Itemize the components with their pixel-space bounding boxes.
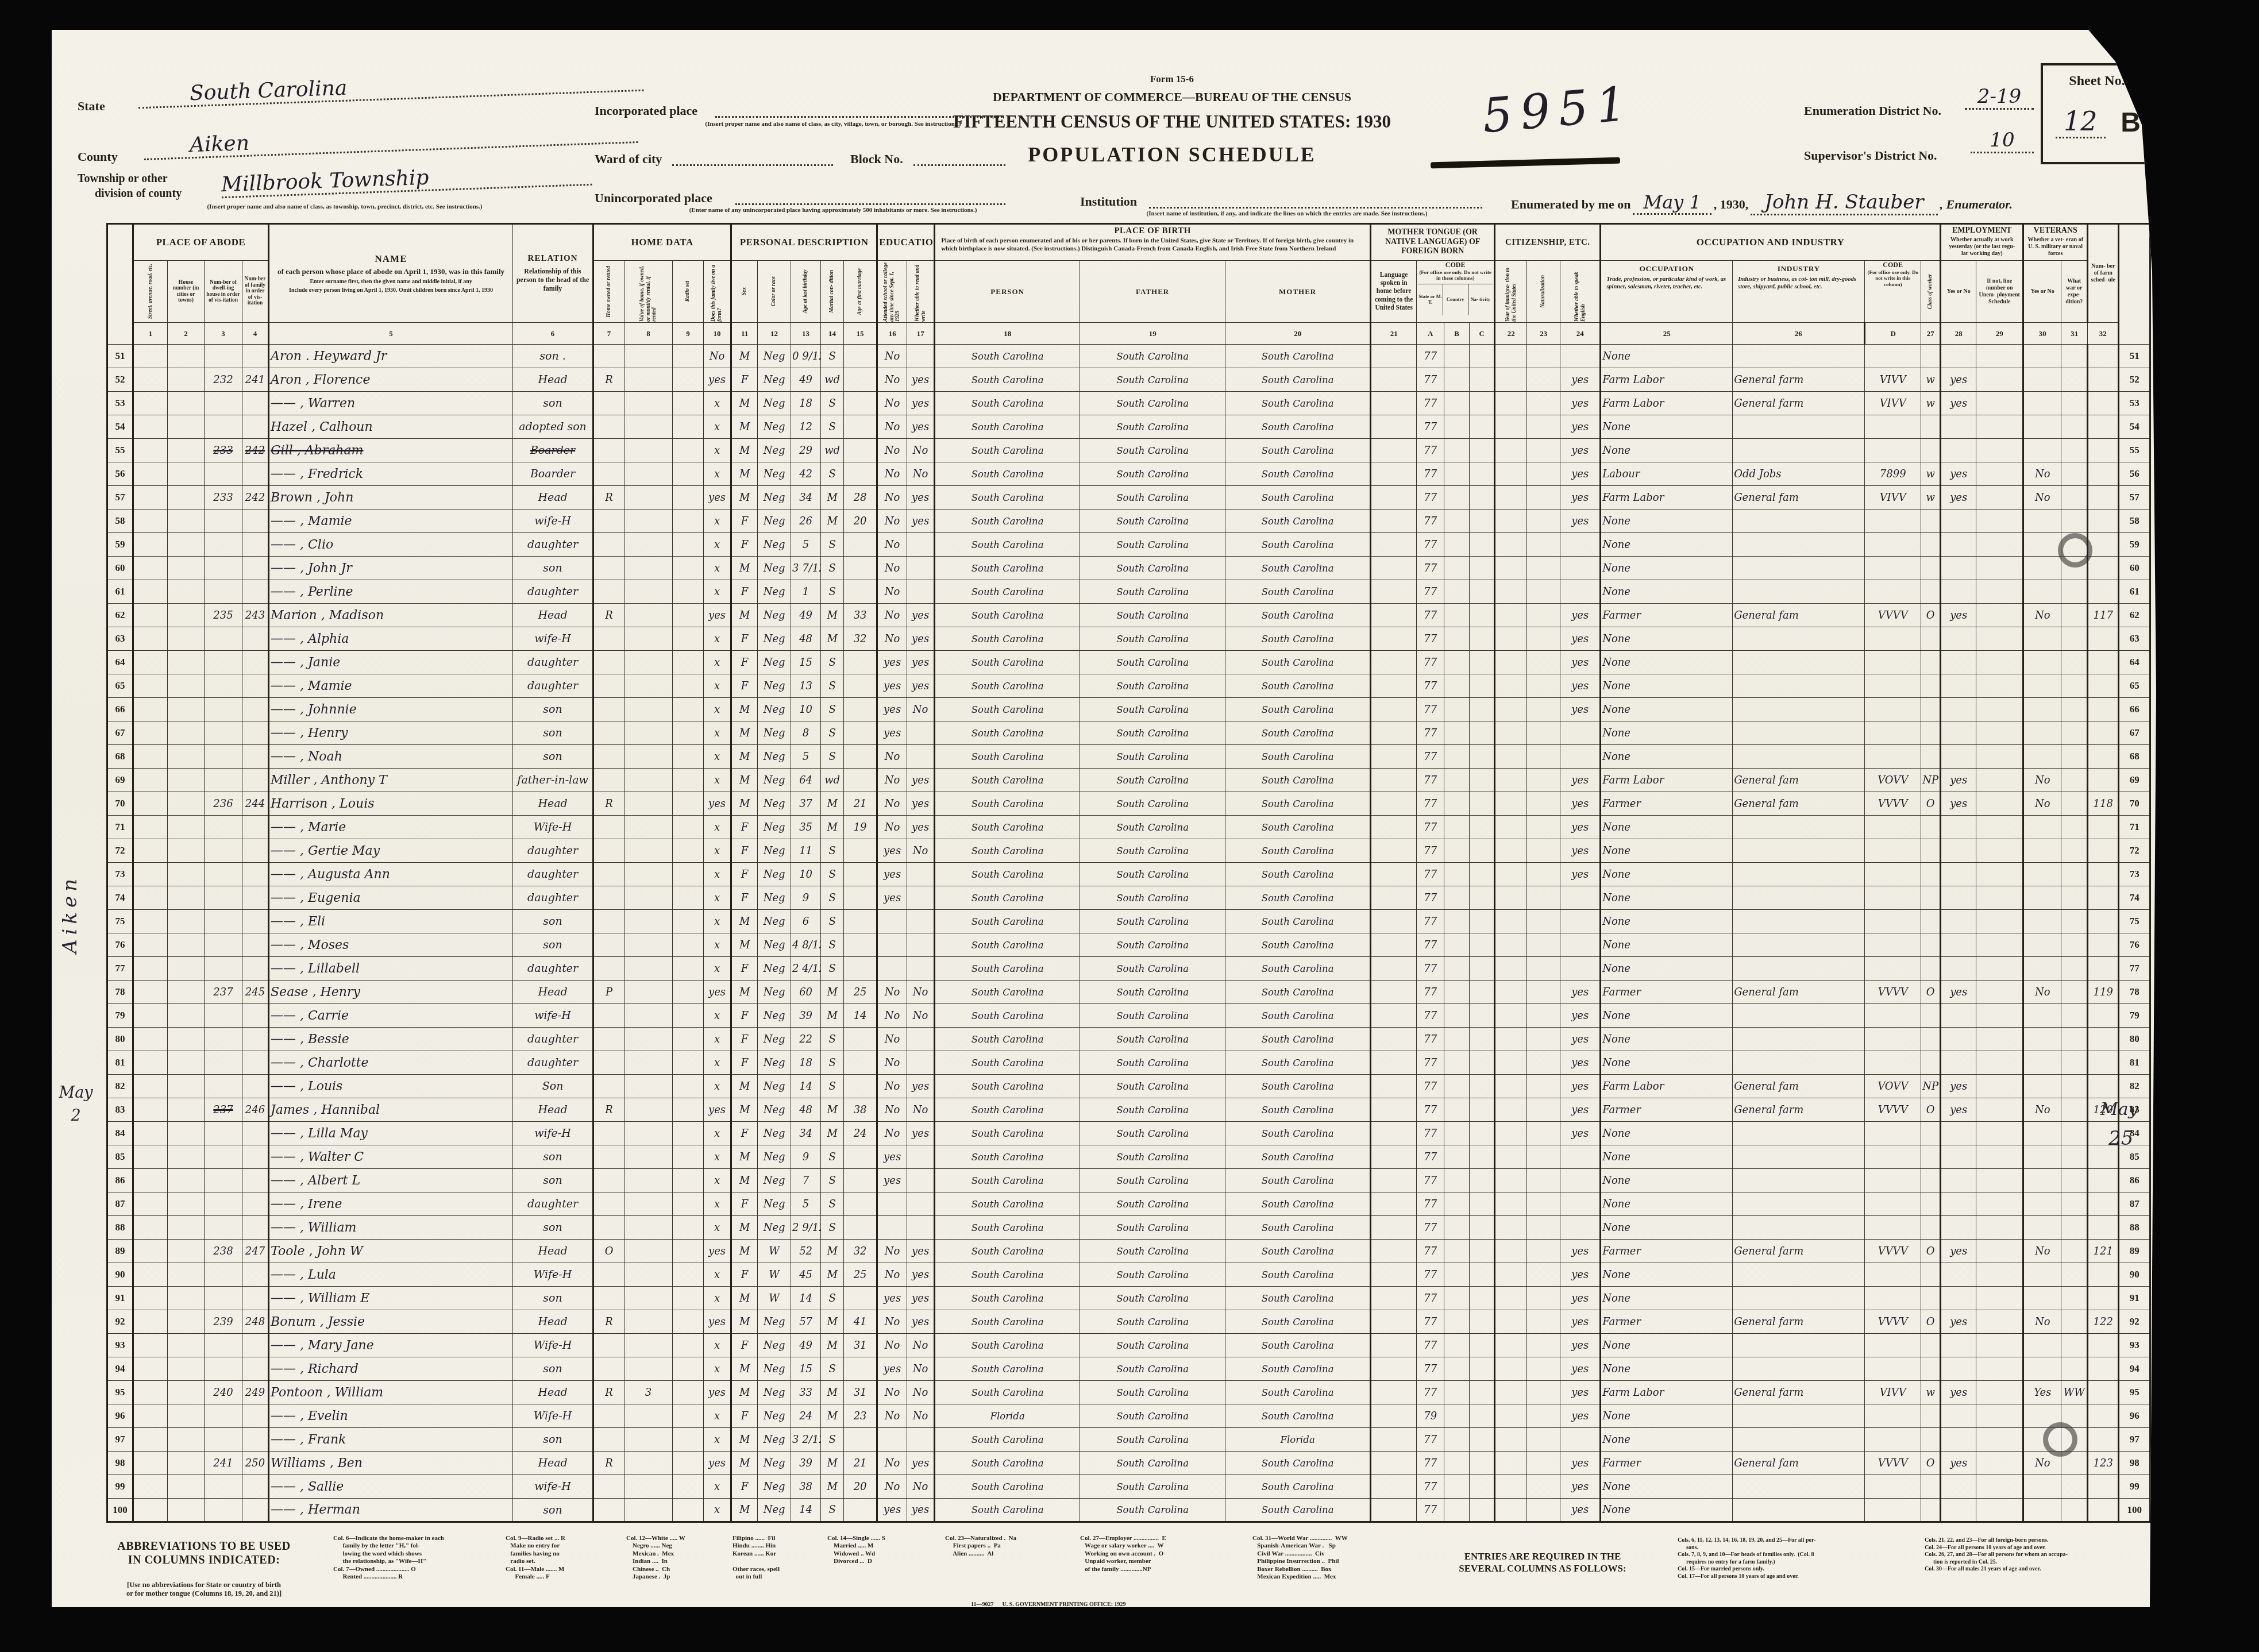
cell-val-100 xyxy=(624,1499,673,1522)
cell-dw-57: 233 xyxy=(205,486,242,510)
cell-bp-82: South Carolina xyxy=(935,1075,1080,1098)
institution-note: (Insert name of institution, if any, and… xyxy=(1080,210,1494,217)
cell-nat-76 xyxy=(1527,933,1560,957)
cell-lang-91 xyxy=(1371,1287,1417,1310)
cell-cb-55 xyxy=(1444,439,1470,462)
cell-bm-70: South Carolina xyxy=(1225,792,1371,816)
cell-cd-76 xyxy=(1865,933,1921,957)
cell-bp-76: South Carolina xyxy=(935,933,1080,957)
cell-home-51 xyxy=(593,345,624,368)
cell-street-56 xyxy=(133,462,168,486)
cell-ind-68 xyxy=(1733,745,1865,769)
stamp-5951: 5951 xyxy=(1480,76,1636,144)
cell-occ-100: None xyxy=(1601,1499,1733,1522)
cell-mar-68: S xyxy=(821,745,844,769)
cell-cc-52 xyxy=(1470,368,1495,392)
census-scan-page: State South Carolina County Aiken Townsh… xyxy=(0,0,2259,1652)
cell-cb-58 xyxy=(1444,510,1470,533)
employment-title: EMPLOYMENT xyxy=(1942,226,2021,236)
cell-cls_-68 xyxy=(1921,745,1941,769)
col-header-house-number: House number (in cities or towns) xyxy=(168,261,205,323)
cell-dw-83: 237 xyxy=(205,1098,242,1122)
cell-ind-93 xyxy=(1733,1334,1865,1357)
cell-wk-51 xyxy=(1941,345,1976,368)
cell-ca-70: 77 xyxy=(1417,792,1444,816)
name-sub1: of each person whose place of abode on A… xyxy=(275,267,507,276)
cell-farm-93: x xyxy=(704,1334,731,1357)
cell-sch-92: No xyxy=(877,1310,907,1334)
cell-sch-82: No xyxy=(877,1075,907,1098)
cell-cd-75 xyxy=(1865,910,1921,933)
cell-age-60: 3 7/12 xyxy=(791,557,821,580)
cell-race-81: Neg xyxy=(758,1051,791,1075)
cell-vet-60 xyxy=(2023,557,2061,580)
cell-bf-68: South Carolina xyxy=(1080,745,1225,769)
cell-dw-64 xyxy=(205,651,242,674)
cell-street-76 xyxy=(133,933,168,957)
cell-bp-73: South Carolina xyxy=(935,863,1080,886)
cell-eng-54: yes xyxy=(1560,415,1601,439)
cell-yr-84 xyxy=(1495,1122,1527,1145)
cell-ln-51: 51 xyxy=(107,345,133,368)
cell-ln-59: 59 xyxy=(107,533,133,557)
department-title: DEPARTMENT OF COMMERCE—BUREAU OF THE CEN… xyxy=(971,90,1373,105)
cell-yr-57 xyxy=(1495,486,1527,510)
cell-name-55: Gill , Abraham xyxy=(269,439,513,462)
cell-ln-86: 86 xyxy=(107,1169,133,1192)
cell-ln-72: 72 xyxy=(2119,839,2150,863)
cell-yr-68 xyxy=(1495,745,1527,769)
cell-home-56 xyxy=(593,462,624,486)
cell-race-69: Neg xyxy=(758,769,791,792)
cell-lang-92 xyxy=(1371,1310,1417,1334)
cell-sex-61: F xyxy=(731,580,758,604)
cell-cd-89: VVVV xyxy=(1865,1240,1921,1263)
cell-age-67: 8 xyxy=(791,721,821,745)
cell-street-79 xyxy=(133,1004,168,1028)
cell-fs-64 xyxy=(2088,651,2119,674)
cell-name-53: —— , Warren xyxy=(269,392,513,415)
legend-abbreviations-note: [Use no abbreviations for State or count… xyxy=(75,1581,333,1599)
cell-sex-68: M xyxy=(731,745,758,769)
cell-ind-88 xyxy=(1733,1216,1865,1240)
cell-cls_-69: NP xyxy=(1921,769,1941,792)
cell-nat-94 xyxy=(1527,1357,1560,1381)
cell-val-60 xyxy=(624,557,673,580)
cell-occ-97: None xyxy=(1601,1428,1733,1452)
cell-bm-97: Florida xyxy=(1225,1428,1371,1452)
cell-yr-90 xyxy=(1495,1263,1527,1287)
cell-val-74 xyxy=(624,886,673,910)
cell-ind-75 xyxy=(1733,910,1865,933)
group-place-of-abode: PLACE OF ABODE xyxy=(133,224,269,261)
cell-sch-61: No xyxy=(877,580,907,604)
cell-name-100: —— , Herman xyxy=(269,1499,513,1522)
cell-vet-80 xyxy=(2023,1028,2061,1051)
census-row-56: 56—— , FredrickBoarderxMNeg42SNoNoSouth … xyxy=(107,462,2150,486)
cell-house-51 xyxy=(168,345,205,368)
cell-eng-93: yes xyxy=(1560,1334,1601,1357)
cell-cls_-77 xyxy=(1921,957,1941,981)
name-sub3: Include every person living on April 1, … xyxy=(276,287,506,294)
cell-ln-100: 100 xyxy=(2119,1499,2150,1522)
township-label-1: Township or other xyxy=(78,172,168,186)
cell-cls_-80 xyxy=(1921,1028,1941,1051)
cell-vet-98: No xyxy=(2023,1452,2061,1475)
col-number-D: D xyxy=(1865,323,1921,345)
cell-sch-55: No xyxy=(877,439,907,462)
cell-cls_-84 xyxy=(1921,1122,1941,1145)
cell-home-78: P xyxy=(593,981,624,1004)
cell-agem-93: 31 xyxy=(844,1334,877,1357)
cell-name-82: —— , Louis xyxy=(269,1075,513,1098)
cell-wk-94 xyxy=(1941,1357,1976,1381)
col-number-14: 14 xyxy=(821,323,844,345)
cell-eng-94: yes xyxy=(1560,1357,1601,1381)
ward-label: Ward of city xyxy=(595,152,662,167)
cell-fam-91 xyxy=(242,1287,269,1310)
cell-rw-74 xyxy=(907,886,935,910)
cell-race-95: Neg xyxy=(758,1381,791,1404)
cell-rw-71: yes xyxy=(907,816,935,839)
cell-cd-57: VIVV xyxy=(1865,486,1921,510)
cell-val-92 xyxy=(624,1310,673,1334)
cell-cls_-76 xyxy=(1921,933,1941,957)
cell-nat-84 xyxy=(1527,1122,1560,1145)
legend-col31-wars: Col. 31—World War .............. WW Span… xyxy=(1252,1535,1348,1581)
cell-nat-68 xyxy=(1527,745,1560,769)
cell-lang-56 xyxy=(1371,462,1417,486)
cell-unemp-67 xyxy=(1976,721,2023,745)
cell-vet-52 xyxy=(2023,368,2061,392)
col-header-worker-class: Class of worker xyxy=(1921,261,1941,323)
cell-ln-88: 88 xyxy=(107,1216,133,1240)
col-header-street: Street, avenue, road, etc. xyxy=(133,261,168,323)
sheet-number-box: Sheet No. 12 B xyxy=(2041,63,2153,164)
cell-street-58 xyxy=(133,510,168,533)
cell-lang-98 xyxy=(1371,1452,1417,1475)
cell-fam-65 xyxy=(242,674,269,698)
cell-dw-85 xyxy=(205,1145,242,1169)
cell-cd-62: VVVV xyxy=(1865,604,1921,627)
cell-radio-71 xyxy=(673,816,704,839)
cell-unemp-55 xyxy=(1976,439,2023,462)
cell-sch-57: No xyxy=(877,486,907,510)
cell-home-87 xyxy=(593,1192,624,1216)
cell-home-91 xyxy=(593,1287,624,1310)
cell-agem-72 xyxy=(844,839,877,863)
cell-cd-79 xyxy=(1865,1004,1921,1028)
cell-ln-99: 99 xyxy=(2119,1475,2150,1499)
census-row-53: 53—— , WarrensonxMNeg18SNoyesSouth Carol… xyxy=(107,392,2150,415)
cell-home-64 xyxy=(593,651,624,674)
census-row-87: 87—— , IrenedaughterxFNeg5SSouth Carolin… xyxy=(107,1192,2150,1216)
cell-radio-88 xyxy=(673,1216,704,1240)
cell-eng-60 xyxy=(1560,557,1601,580)
cell-fs-86 xyxy=(2088,1169,2119,1192)
cell-dw-89: 238 xyxy=(205,1240,242,1263)
cell-age-68: 5 xyxy=(791,745,821,769)
cell-cd-80 xyxy=(1865,1028,1921,1051)
cell-dw-90 xyxy=(205,1263,242,1287)
cell-rel-63: wife-H xyxy=(513,627,593,651)
cell-radio-75 xyxy=(673,910,704,933)
cell-age-56: 42 xyxy=(791,462,821,486)
cell-sex-80: F xyxy=(731,1028,758,1051)
cell-ca-78: 77 xyxy=(1417,981,1444,1004)
cell-sex-58: F xyxy=(731,510,758,533)
cell-dw-66 xyxy=(205,698,242,721)
cell-cc-72 xyxy=(1470,839,1495,863)
cell-cd-73 xyxy=(1865,863,1921,886)
cell-wk-87 xyxy=(1941,1192,1976,1216)
cell-race-98: Neg xyxy=(758,1452,791,1475)
cell-race-65: Neg xyxy=(758,674,791,698)
cell-ind-99 xyxy=(1733,1475,1865,1499)
township-label-2: division of county xyxy=(95,187,182,200)
cell-ca-86: 77 xyxy=(1417,1169,1444,1192)
cell-mar-97: S xyxy=(821,1428,844,1452)
cell-ln-52: 52 xyxy=(2119,368,2150,392)
sheet-number: 12 xyxy=(2056,106,2106,138)
cell-cb-81 xyxy=(1444,1051,1470,1075)
cell-ind-74 xyxy=(1733,886,1865,910)
cell-val-64 xyxy=(624,651,673,674)
cell-dw-59 xyxy=(205,533,242,557)
cell-war-63 xyxy=(2061,627,2088,651)
census-row-92: 92239248Bonum , JessieHeadRyesMNeg57M41N… xyxy=(107,1310,2150,1334)
cell-ca-82: 77 xyxy=(1417,1075,1444,1098)
cell-farm-95: yes xyxy=(704,1381,731,1404)
legend-abbreviations-title: ABBREVIATIONS TO BE USED IN COLUMNS INDI… xyxy=(86,1539,322,1568)
cell-rw-96: No xyxy=(907,1404,935,1428)
cell-ln-74: 74 xyxy=(107,886,133,910)
cell-cls_-59 xyxy=(1921,533,1941,557)
cell-cls_-87 xyxy=(1921,1192,1941,1216)
cell-eng-84: yes xyxy=(1560,1122,1601,1145)
cell-race-67: Neg xyxy=(758,721,791,745)
cell-dw-76 xyxy=(205,933,242,957)
cell-bf-57: South Carolina xyxy=(1080,486,1225,510)
cell-mar-91: S xyxy=(821,1287,844,1310)
cell-wk-61 xyxy=(1941,580,1976,604)
cell-ca-75: 77 xyxy=(1417,910,1444,933)
cell-agem-60 xyxy=(844,557,877,580)
cell-yr-92 xyxy=(1495,1310,1527,1334)
cell-ind-94 xyxy=(1733,1357,1865,1381)
census-row-67: 67—— , HenrysonxMNeg8SyesSouth CarolinaS… xyxy=(107,721,2150,745)
cell-wk-92: yes xyxy=(1941,1310,1976,1334)
cell-bp-72: South Carolina xyxy=(935,839,1080,863)
cell-cb-96 xyxy=(1444,1404,1470,1428)
cell-fam-61 xyxy=(242,580,269,604)
cell-wk-82: yes xyxy=(1941,1075,1976,1098)
cell-nat-63 xyxy=(1527,627,1560,651)
cell-occ-75: None xyxy=(1601,910,1733,933)
cell-ca-65: 77 xyxy=(1417,674,1444,698)
cell-lang-99 xyxy=(1371,1475,1417,1499)
cell-farm-77: x xyxy=(704,957,731,981)
cell-ln-84: 84 xyxy=(2119,1122,2150,1145)
cell-lang-95 xyxy=(1371,1381,1417,1404)
cell-wk-98: yes xyxy=(1941,1452,1976,1475)
cell-rel-73: daughter xyxy=(513,863,593,886)
cell-sex-93: F xyxy=(731,1334,758,1357)
cell-sch-99: No xyxy=(877,1475,907,1499)
cell-cls_-66 xyxy=(1921,698,1941,721)
cell-cb-75 xyxy=(1444,910,1470,933)
cell-fs-62: 117 xyxy=(2088,604,2119,627)
cell-fam-97 xyxy=(242,1428,269,1452)
cell-sex-57: M xyxy=(731,486,758,510)
cell-cc-79 xyxy=(1470,1004,1495,1028)
cell-radio-91 xyxy=(673,1287,704,1310)
col-header-age: Age at last birthday xyxy=(791,261,821,323)
cell-lang-65 xyxy=(1371,674,1417,698)
cell-sex-100: M xyxy=(731,1499,758,1522)
cell-agem-91 xyxy=(844,1287,877,1310)
cell-occ-76: None xyxy=(1601,933,1733,957)
cell-bf-77: South Carolina xyxy=(1080,957,1225,981)
cell-home-66 xyxy=(593,698,624,721)
cell-radio-77 xyxy=(673,957,704,981)
legend-entries-left: Cols. 6, 11, 12, 13, 14, 16, 18, 19, 20,… xyxy=(1678,1537,1815,1580)
cell-war-86 xyxy=(2061,1169,2088,1192)
cell-ln-67: 67 xyxy=(2119,721,2150,745)
cell-street-83 xyxy=(133,1098,168,1122)
cell-ca-100: 77 xyxy=(1417,1499,1444,1522)
cell-unemp-52 xyxy=(1976,368,2023,392)
cell-yr-91 xyxy=(1495,1287,1527,1310)
cell-bf-64: South Carolina xyxy=(1080,651,1225,674)
cell-cc-99 xyxy=(1470,1475,1495,1499)
col-number-C: C xyxy=(1470,323,1495,345)
cell-house-89 xyxy=(168,1240,205,1263)
cell-ind-81 xyxy=(1733,1051,1865,1075)
cell-yr-66 xyxy=(1495,698,1527,721)
cell-agem-51 xyxy=(844,345,877,368)
cell-bm-57: South Carolina xyxy=(1225,486,1371,510)
col-header-farm-schedule: Num- ber of farm sched- ule xyxy=(2088,224,2119,323)
cell-age-96: 24 xyxy=(791,1404,821,1428)
cell-unemp-77 xyxy=(1976,957,2023,981)
cell-house-83 xyxy=(168,1098,205,1122)
cell-rw-97 xyxy=(907,1428,935,1452)
cell-lang-82 xyxy=(1371,1075,1417,1098)
cell-home-100 xyxy=(593,1499,624,1522)
census-row-61: 61—— , PerlinedaughterxFNeg1SNoSouth Car… xyxy=(107,580,2150,604)
cell-wk-56: yes xyxy=(1941,462,1976,486)
relation-sub: Relationship of this person to the head … xyxy=(514,267,591,293)
census-row-79: 79—— , Carriewife-HxFNeg39M14NoNoSouth C… xyxy=(107,1004,2150,1028)
cell-ind-57: General fam xyxy=(1733,486,1865,510)
cell-cc-78 xyxy=(1470,981,1495,1004)
cell-rw-99: No xyxy=(907,1475,935,1499)
cell-radio-67 xyxy=(673,721,704,745)
cell-rw-75 xyxy=(907,910,935,933)
cell-name-74: —— , Eugenia xyxy=(269,886,513,910)
cell-fs-78: 119 xyxy=(2088,981,2119,1004)
cell-ln-76: 76 xyxy=(107,933,133,957)
cell-lang-58 xyxy=(1371,510,1417,533)
cell-house-56 xyxy=(168,462,205,486)
cell-ln-98: 98 xyxy=(107,1452,133,1475)
cell-vet-57: No xyxy=(2023,486,2061,510)
enumerated-label: Enumerated by me on xyxy=(1511,197,1630,211)
cell-sch-52: No xyxy=(877,368,907,392)
cell-home-85 xyxy=(593,1145,624,1169)
cell-bf-51: South Carolina xyxy=(1080,345,1225,368)
cell-ind-79 xyxy=(1733,1004,1865,1028)
cell-dw-63 xyxy=(205,627,242,651)
cell-mar-87: S xyxy=(821,1192,844,1216)
cell-vet-79 xyxy=(2023,1004,2061,1028)
census-row-66: 66—— , JohnniesonxMNeg10SyesNoSouth Caro… xyxy=(107,698,2150,721)
cell-ind-61 xyxy=(1733,580,1865,604)
cell-home-81 xyxy=(593,1051,624,1075)
cell-yr-80 xyxy=(1495,1028,1527,1051)
cell-radio-69 xyxy=(673,769,704,792)
cell-name-97: —— , Frank xyxy=(269,1428,513,1452)
cell-bm-59: South Carolina xyxy=(1225,533,1371,557)
cell-ln-70: 70 xyxy=(107,792,133,816)
cell-house-82 xyxy=(168,1075,205,1098)
cell-age-81: 18 xyxy=(791,1051,821,1075)
cell-fam-67 xyxy=(242,721,269,745)
cell-race-73: Neg xyxy=(758,863,791,886)
cell-bf-98: South Carolina xyxy=(1080,1452,1225,1475)
cell-house-59 xyxy=(168,533,205,557)
cell-bf-86: South Carolina xyxy=(1080,1169,1225,1192)
cell-ca-87: 77 xyxy=(1417,1192,1444,1216)
cell-race-94: Neg xyxy=(758,1357,791,1381)
cell-lang-57 xyxy=(1371,486,1417,510)
code-b-label: Country xyxy=(1443,284,1468,315)
cell-wk-91 xyxy=(1941,1287,1976,1310)
cell-unemp-54 xyxy=(1976,415,2023,439)
cell-bm-89: South Carolina xyxy=(1225,1240,1371,1263)
cell-house-71 xyxy=(168,816,205,839)
cell-rel-92: Head xyxy=(513,1310,593,1334)
cell-wk-96 xyxy=(1941,1404,1976,1428)
cell-farm-61: x xyxy=(704,580,731,604)
cell-radio-51 xyxy=(673,345,704,368)
cell-mar-86: S xyxy=(821,1169,844,1192)
cell-mar-98: M xyxy=(821,1452,844,1475)
cell-cd-77 xyxy=(1865,957,1921,981)
cell-war-96 xyxy=(2061,1404,2088,1428)
cell-sex-92: M xyxy=(731,1310,758,1334)
cell-house-86 xyxy=(168,1169,205,1192)
cell-ind-56: Odd Jobs xyxy=(1733,462,1865,486)
cell-fs-61 xyxy=(2088,580,2119,604)
cell-eng-70: yes xyxy=(1560,792,1601,816)
cell-nat-74 xyxy=(1527,886,1560,910)
cell-name-75: —— , Eli xyxy=(269,910,513,933)
cell-age-65: 13 xyxy=(791,674,821,698)
cell-bf-88: South Carolina xyxy=(1080,1216,1225,1240)
cell-vet-73 xyxy=(2023,863,2061,886)
cell-sch-88 xyxy=(877,1216,907,1240)
cell-ca-96: 79 xyxy=(1417,1404,1444,1428)
cell-bm-90: South Carolina xyxy=(1225,1263,1371,1287)
cell-val-62 xyxy=(624,604,673,627)
cell-race-84: Neg xyxy=(758,1122,791,1145)
cell-ca-83: 77 xyxy=(1417,1098,1444,1122)
cell-lang-60 xyxy=(1371,557,1417,580)
cell-ln-76: 76 xyxy=(2119,933,2150,957)
cell-agem-73 xyxy=(844,863,877,886)
